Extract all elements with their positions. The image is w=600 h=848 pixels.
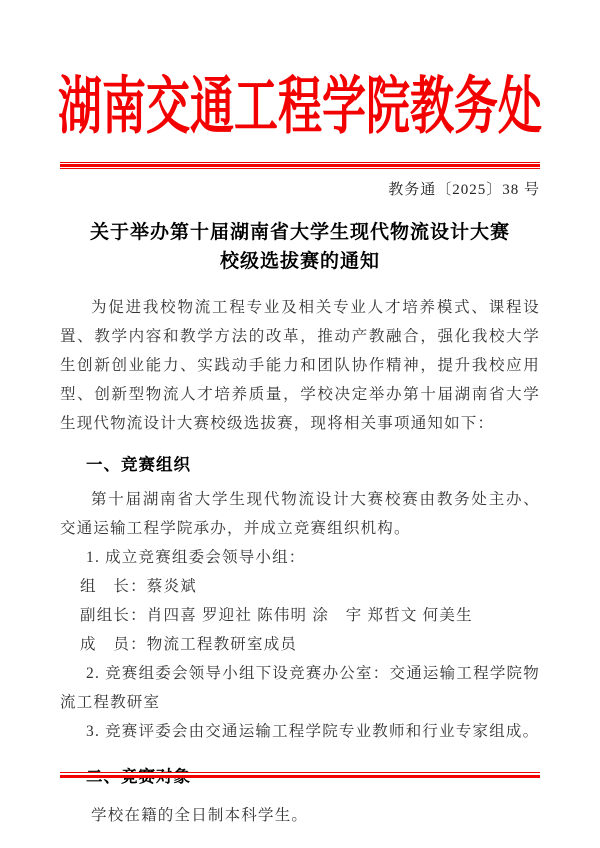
section1-item3: 3. 竞赛评委会由交通运输工程学院专业教师和行业专家组成。 — [60, 717, 540, 746]
official-notice-document: 湖南交通工程学院教务处 教务通〔2025〕38 号 关于举办第十届湖南省大学生现… — [0, 0, 600, 848]
roster-deputy-leaders: 副组长：肖四喜 罗迎社 陈伟明 涂 宇 郑哲文 何美生 — [60, 601, 540, 630]
masthead-title: 湖南交通工程学院教务处 — [58, 65, 542, 150]
roster-leader: 组 长：蔡炎斌 — [60, 572, 540, 601]
footer-rule — [60, 772, 540, 778]
roster-members: 成 员：物流工程教研室成员 — [60, 630, 540, 659]
section2-paragraph: 学校在籍的全日制本科学生。 — [60, 801, 540, 830]
rule-thick — [60, 775, 540, 778]
document-number: 教务通〔2025〕38 号 — [60, 180, 540, 201]
document-title: 关于举办第十届湖南省大学生现代物流设计大赛 校级选拔赛的通知 — [60, 218, 540, 276]
document-title-line2: 校级选拔赛的通知 — [60, 247, 540, 276]
section1-item2: 2. 竞赛组委会领导小组下设竞赛办公室：交通运输工程学院物流工程教研室 — [60, 659, 540, 717]
section1-item1: 1. 成立竞赛组委会领导小组： — [60, 543, 540, 572]
section1-paragraph: 第十届湖南省大学生现代物流设计大赛校赛由教务处主办、交通运输工程学院承办，并成立… — [60, 485, 540, 543]
document-title-line1: 关于举办第十届湖南省大学生现代物流设计大赛 — [60, 218, 540, 247]
rule-thin-bottom — [60, 168, 540, 169]
section1-heading: 一、竞赛组织 — [60, 451, 540, 480]
masthead: 湖南交通工程学院教务处 — [0, 70, 600, 162]
masthead-divider-rule — [60, 162, 540, 169]
intro-paragraph: 为促进我校物流工程专业及相关专业人才培养模式、课程设置、教学内容和教学方法的改革… — [60, 293, 540, 438]
document-body: 为促进我校物流工程专业及相关专业人才培养模式、课程设置、教学内容和教学方法的改革… — [60, 293, 540, 830]
